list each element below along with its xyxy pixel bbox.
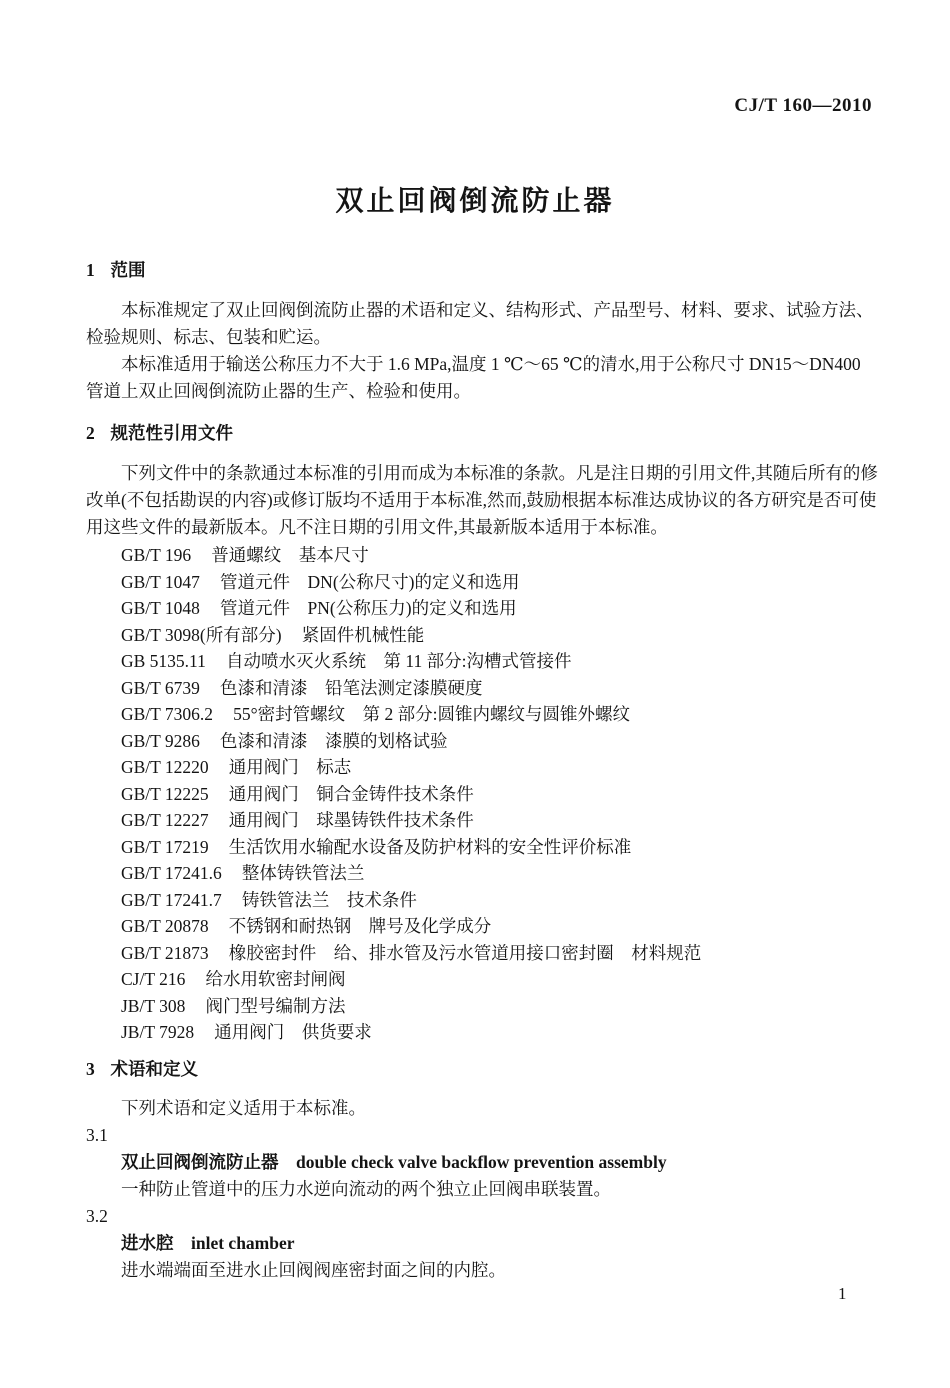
reference-item: GB/T 3098(所有部分)紧固件机械性能	[121, 622, 878, 649]
term-entry: 3.2 进水腔inlet chamber 进水端端面至进水止回阀阀座密封面之间的…	[86, 1203, 878, 1284]
reference-code: GB/T 20878	[121, 916, 209, 936]
reference-title: 不锈钢和耐热钢 牌号及化学成分	[229, 916, 492, 936]
term-entry: 3.1 双止回阀倒流防止器double check valve backflow…	[86, 1122, 878, 1203]
term-chinese: 双止回阀倒流防止器	[121, 1152, 279, 1172]
reference-title: 橡胶密封件 给、排水管及污水管道用接口密封圈 材料规范	[229, 943, 702, 963]
section-heading-terms: 3术语和定义	[86, 1056, 878, 1083]
reference-title: 通用阀门 供货要求	[214, 1022, 372, 1042]
reference-title: 色漆和清漆 漆膜的划格试验	[220, 731, 448, 751]
reference-item: JB/T 7928通用阀门 供货要求	[121, 1019, 878, 1046]
reference-title: 给水用软密封闸阀	[205, 969, 345, 989]
document-page: CJ/T 160—2010 双止回阀倒流防止器 1范围 本标准规定了双止回阀倒流…	[0, 0, 950, 1388]
term-chinese: 进水腔	[121, 1233, 174, 1253]
standard-code: CJ/T 160—2010	[734, 95, 872, 117]
reference-item: GB/T 1047管道元件 DN(公称尺寸)的定义和选用	[121, 569, 878, 596]
reference-code: GB 5135.11	[121, 651, 206, 671]
reference-code: JB/T 7928	[121, 1022, 194, 1042]
section-title: 范围	[111, 260, 146, 280]
term-title: 进水腔inlet chamber	[121, 1230, 878, 1257]
reference-item: GB/T 7306.255°密封管螺纹 第 2 部分:圆锥内螺纹与圆锥外螺纹	[121, 701, 878, 728]
reference-title: 通用阀门 标志	[229, 757, 352, 777]
reference-code: GB/T 3098(所有部分)	[121, 625, 282, 645]
reference-item: JB/T 308阀门型号编制方法	[121, 993, 878, 1020]
term-number: 3.2	[86, 1203, 878, 1230]
term-english: double check valve backflow prevention a…	[296, 1152, 667, 1172]
section-heading-normative-references: 2规范性引用文件	[86, 420, 878, 447]
reference-code: GB/T 17219	[121, 837, 209, 857]
section-number: 1	[86, 260, 95, 280]
document-title: 双止回阀倒流防止器	[0, 179, 950, 219]
reference-title: 色漆和清漆 铅笔法测定漆膜硬度	[220, 678, 483, 698]
reference-item: GB/T 17219生活饮用水输配水设备及防护材料的安全性评价标准	[121, 834, 878, 861]
reference-title: 通用阀门 球墨铸铁件技术条件	[229, 810, 474, 830]
reference-item: GB/T 17241.7铸铁管法兰 技术条件	[121, 887, 878, 914]
reference-title: 生活饮用水输配水设备及防护材料的安全性评价标准	[229, 837, 632, 857]
page-number: 1	[838, 1280, 847, 1307]
reference-code: GB/T 1048	[121, 598, 200, 618]
section-heading-scope: 1范围	[86, 257, 878, 284]
term-number: 3.1	[86, 1122, 878, 1149]
term-english: inlet chamber	[191, 1233, 295, 1253]
reference-title: 阀门型号编制方法	[205, 996, 345, 1016]
reference-item: GB 5135.11自动喷水灭火系统 第 11 部分:沟槽式管接件	[121, 648, 878, 675]
reference-code: GB/T 17241.7	[121, 890, 222, 910]
section-number: 2	[86, 423, 95, 443]
term-definition: 进水端端面至进水止回阀阀座密封面之间的内腔。	[121, 1257, 878, 1284]
reference-code: GB/T 1047	[121, 572, 200, 592]
reference-title: 铸铁管法兰 技术条件	[242, 890, 417, 910]
reference-item: GB/T 12220通用阀门 标志	[121, 754, 878, 781]
reference-title: 自动喷水灭火系统 第 11 部分:沟槽式管接件	[226, 651, 571, 671]
reference-code: GB/T 9286	[121, 731, 200, 751]
normative-references-list: GB/T 196普通螺纹 基本尺寸 GB/T 1047管道元件 DN(公称尺寸)…	[86, 542, 878, 1046]
reference-code: GB/T 196	[121, 545, 191, 565]
reference-title: 紧固件机械性能	[302, 625, 425, 645]
reference-code: GB/T 21873	[121, 943, 209, 963]
section-title: 术语和定义	[111, 1059, 199, 1079]
reference-item: GB/T 21873橡胶密封件 给、排水管及污水管道用接口密封圈 材料规范	[121, 940, 878, 967]
scope-paragraph-2: 本标准适用于输送公称压力不大于 1.6 MPa,温度 1 ℃～65 ℃的清水,用…	[86, 351, 878, 405]
reference-code: GB/T 12225	[121, 784, 209, 804]
reference-title: 管道元件 PN(公称压力)的定义和选用	[220, 598, 517, 618]
reference-item: GB/T 12227通用阀门 球墨铸铁件技术条件	[121, 807, 878, 834]
reference-item: GB/T 20878不锈钢和耐热钢 牌号及化学成分	[121, 913, 878, 940]
reference-title: 55°密封管螺纹 第 2 部分:圆锥内螺纹与圆锥外螺纹	[233, 704, 630, 724]
reference-title: 整体铸铁管法兰	[242, 863, 365, 883]
reference-item: GB/T 6739色漆和清漆 铅笔法测定漆膜硬度	[121, 675, 878, 702]
normative-references-intro: 下列文件中的条款通过本标准的引用而成为本标准的条款。凡是注日期的引用文件,其随后…	[86, 460, 878, 541]
reference-title: 普通螺纹 基本尺寸	[211, 545, 369, 565]
terms-list: 3.1 双止回阀倒流防止器double check valve backflow…	[86, 1122, 878, 1284]
scope-paragraph-1: 本标准规定了双止回阀倒流防止器的术语和定义、结构形式、产品型号、材料、要求、试验…	[86, 297, 878, 351]
reference-item: GB/T 12225通用阀门 铜合金铸件技术条件	[121, 781, 878, 808]
reference-item: GB/T 1048管道元件 PN(公称压力)的定义和选用	[121, 595, 878, 622]
reference-item: GB/T 196普通螺纹 基本尺寸	[121, 542, 878, 569]
section-number: 3	[86, 1059, 95, 1079]
reference-item: CJ/T 216给水用软密封闸阀	[121, 966, 878, 993]
reference-title: 管道元件 DN(公称尺寸)的定义和选用	[220, 572, 519, 592]
reference-code: GB/T 6739	[121, 678, 200, 698]
reference-code: GB/T 17241.6	[121, 863, 222, 883]
terms-intro: 下列术语和定义适用于本标准。	[86, 1095, 878, 1122]
reference-item: GB/T 9286色漆和清漆 漆膜的划格试验	[121, 728, 878, 755]
term-title: 双止回阀倒流防止器double check valve backflow pre…	[121, 1149, 878, 1176]
reference-title: 通用阀门 铜合金铸件技术条件	[229, 784, 474, 804]
term-definition: 一种防止管道中的压力水逆向流动的两个独立止回阀串联装置。	[121, 1176, 878, 1203]
reference-code: JB/T 308	[121, 996, 185, 1016]
reference-code: CJ/T 216	[121, 969, 185, 989]
reference-code: GB/T 12227	[121, 810, 209, 830]
section-title: 规范性引用文件	[111, 423, 234, 443]
reference-code: GB/T 7306.2	[121, 704, 213, 724]
reference-item: GB/T 17241.6整体铸铁管法兰	[121, 860, 878, 887]
reference-code: GB/T 12220	[121, 757, 209, 777]
document-body: 1范围 本标准规定了双止回阀倒流防止器的术语和定义、结构形式、产品型号、材料、要…	[86, 257, 878, 1284]
